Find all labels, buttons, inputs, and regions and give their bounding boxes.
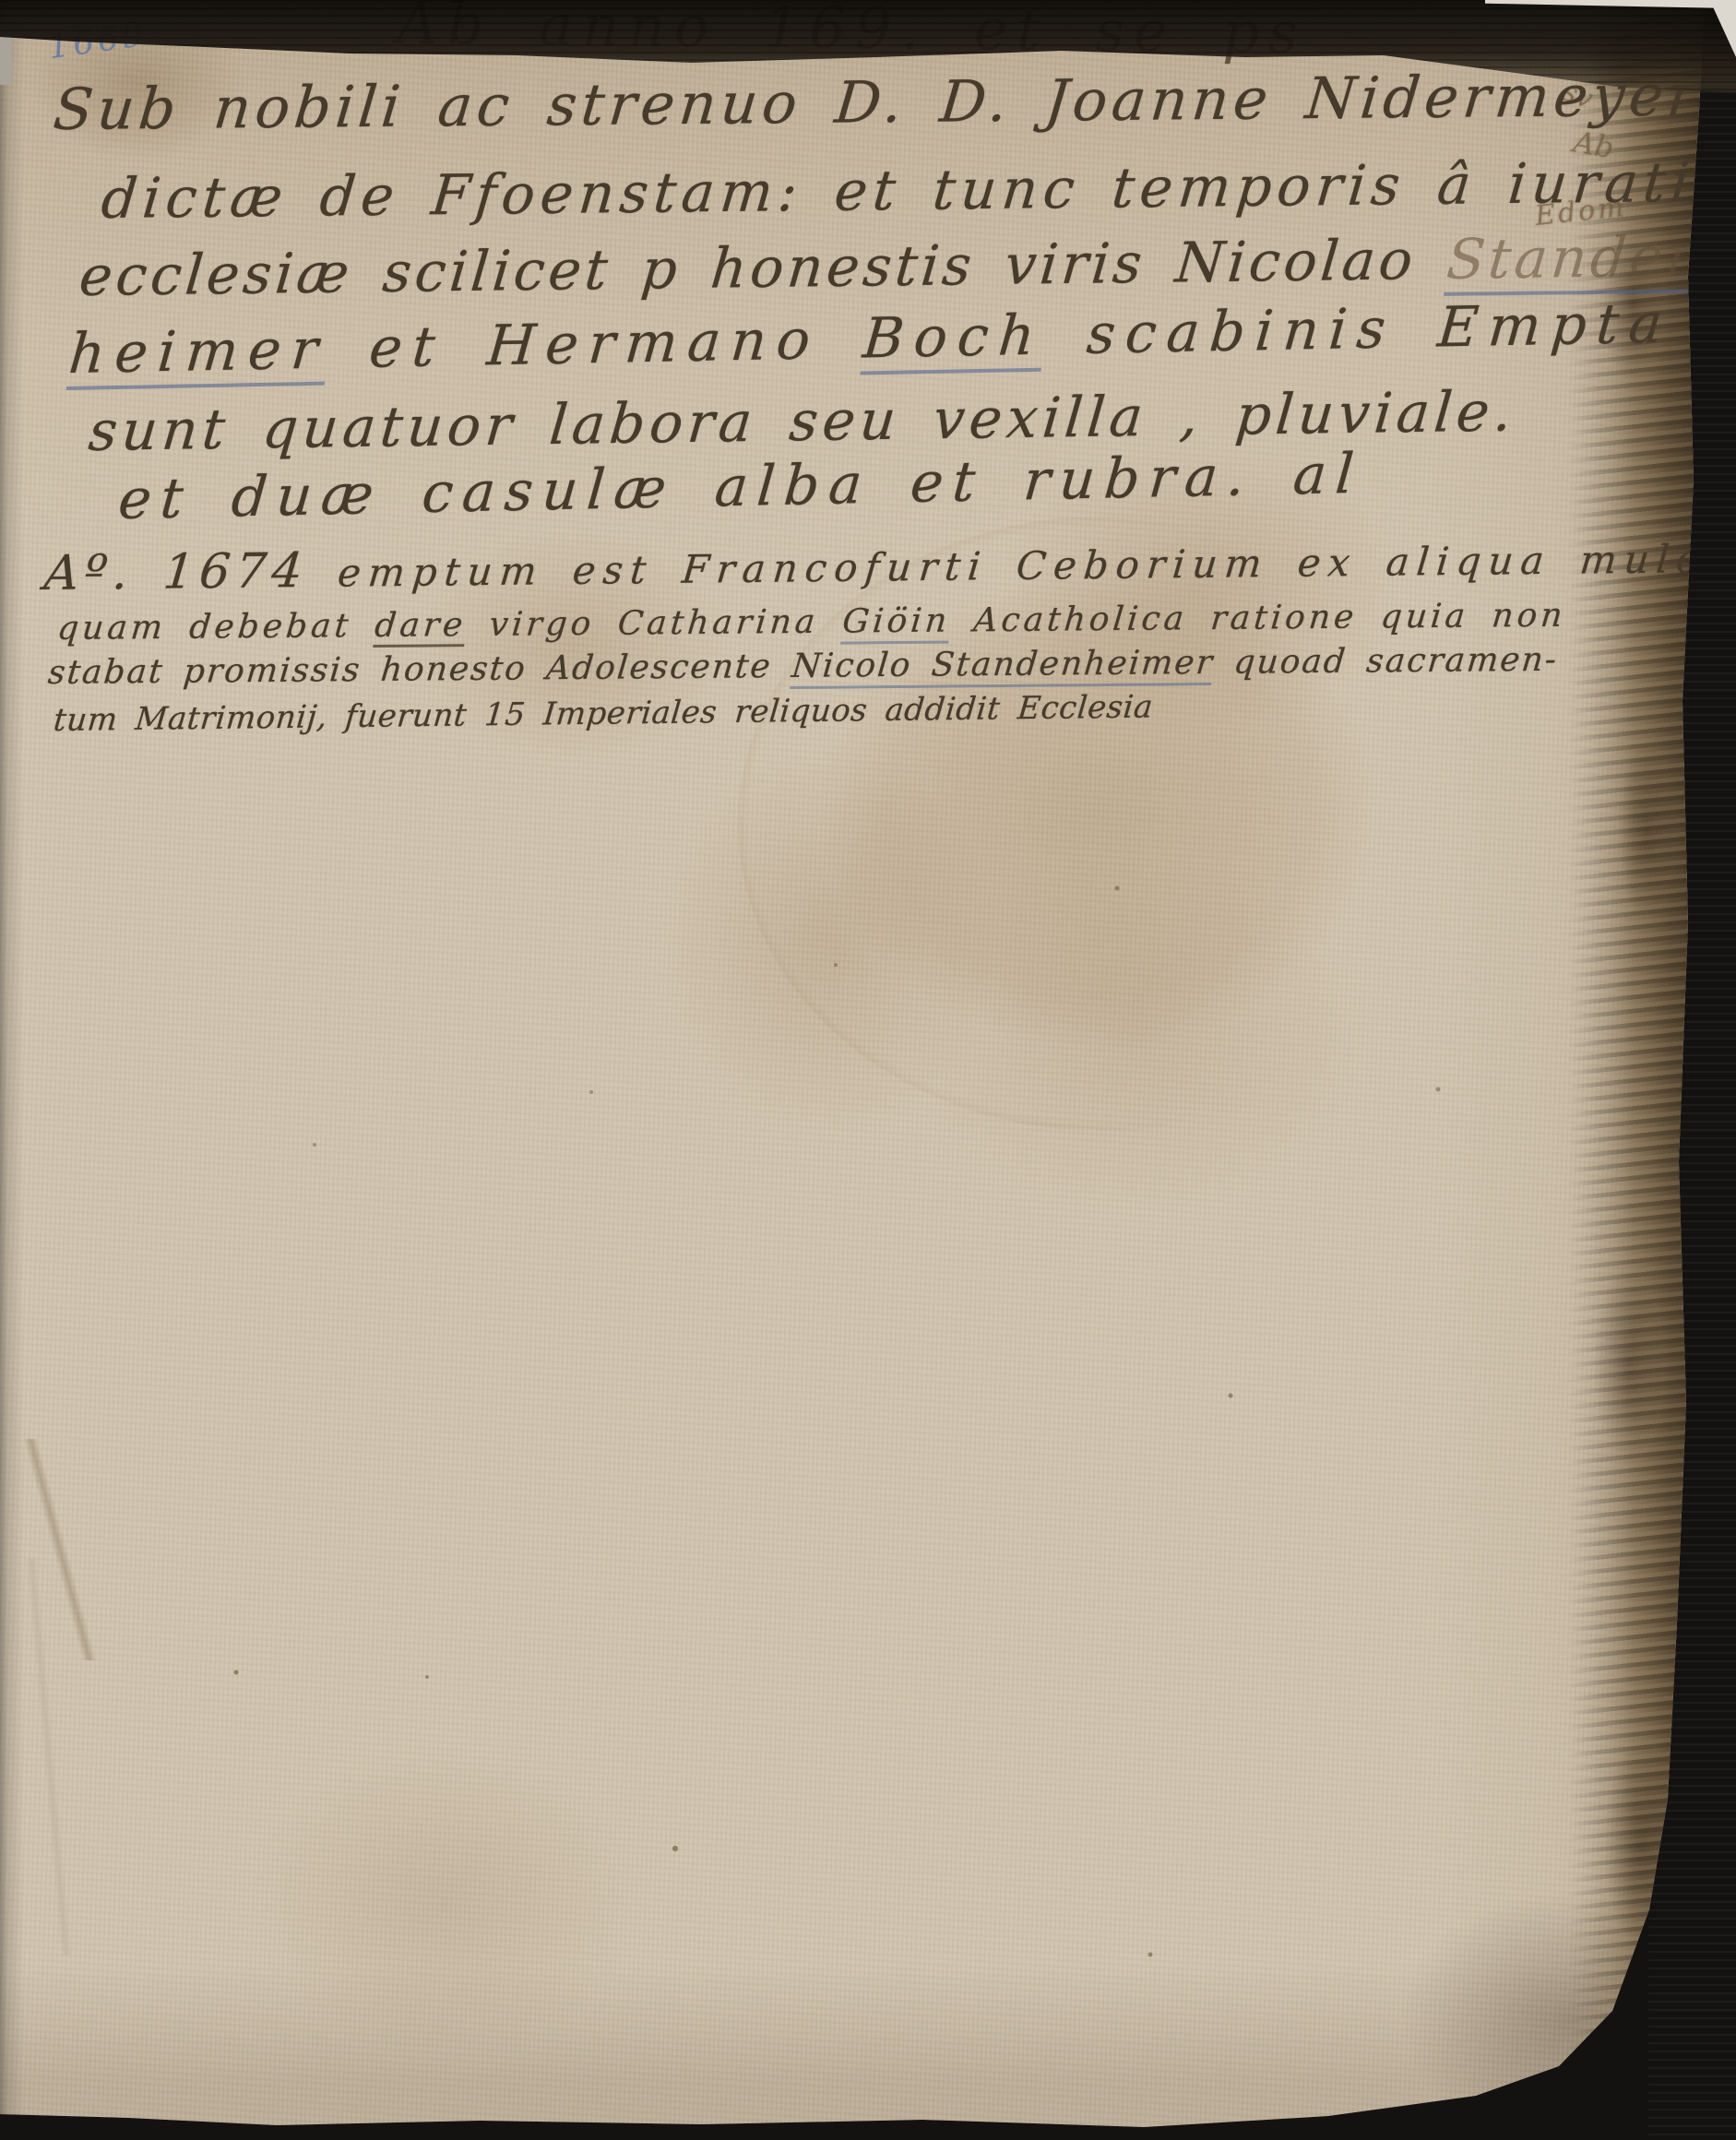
underlined-surname-gioin: Giöin bbox=[840, 605, 952, 645]
manuscript-text-block: Sub nobili ac strenuo D. D. Joanne Nider… bbox=[0, 0, 1736, 2140]
underlined-surname-heimer: heimer bbox=[66, 322, 330, 391]
manuscript-line: stabat promissis honesto Adolescente Nic… bbox=[48, 644, 1558, 695]
text-segment: emptum est Francofurti Ceborium ex aliqu… bbox=[336, 540, 1736, 593]
underlined-surname-standen: Standen bbox=[1444, 229, 1708, 296]
text-segment: quam debebat bbox=[55, 610, 376, 646]
manuscript-line: tum Matrimonij, fuerunt 15 Imperiales re… bbox=[54, 691, 1153, 736]
year-date-1674: Aº. 1674 bbox=[42, 547, 340, 598]
ink-underlined-word: dare bbox=[374, 609, 469, 648]
manuscript-line: dictæ de Ffoenstam: et tunc temporis â i… bbox=[101, 155, 1729, 227]
manuscript-line: Sub nobili ac strenuo D. D. Joanne Nider… bbox=[54, 66, 1700, 138]
text-segment: dictæ de Ffoenstam: et tunc temporis â i… bbox=[99, 154, 1730, 227]
text-segment: scabinis Empta bbox=[1041, 296, 1674, 363]
text-segment: Sub nobili ac strenuo D. D. Joanne Nider… bbox=[51, 66, 1702, 138]
text-segment: virgo Catharina bbox=[465, 606, 844, 643]
text-segment: quoad sacramen- bbox=[1212, 644, 1559, 680]
text-segment: ecclesiæ scilicet p honestis viris Nicol… bbox=[77, 232, 1449, 304]
underlined-surname-boch: Boch bbox=[861, 308, 1047, 375]
manuscript-line: heimer et Hermano Boch scabinis Empta bbox=[68, 296, 1672, 390]
manuscript-page: Ab anno 169. et se ps 1669 Sub nobili ac… bbox=[0, 0, 1736, 2140]
text-segment: Acatholica ratione quia non bbox=[948, 600, 1567, 638]
text-segment: stabat promissis honesto Adolescente bbox=[46, 650, 793, 690]
text-segment: et Hermano bbox=[325, 311, 865, 376]
underlined-name-nicolo-standenheimer: Nicolo Standenheimer bbox=[790, 647, 1215, 689]
text-segment: tum Matrimonij, fuerunt 15 Imperiales re… bbox=[53, 691, 1155, 736]
manuscript-line: Aº. 1674 emptum est Francofurti Ceborium… bbox=[44, 532, 1736, 598]
